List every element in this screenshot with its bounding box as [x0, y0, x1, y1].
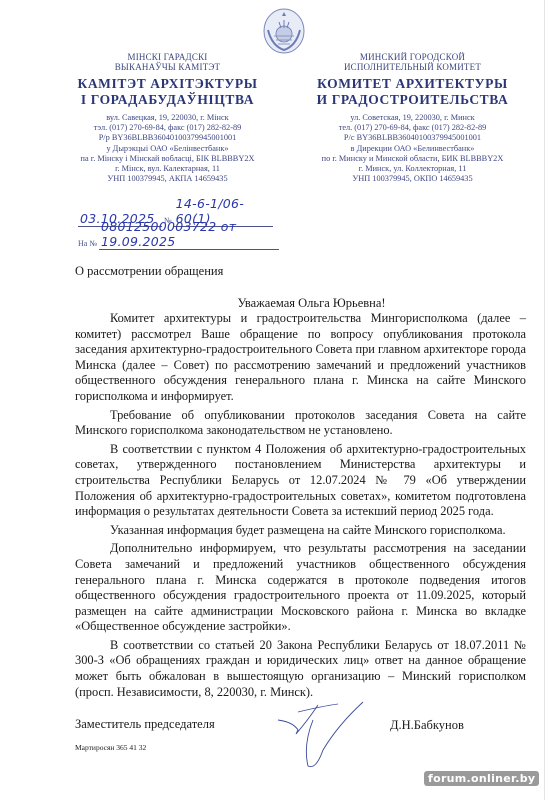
belarus-coat-of-arms-icon — [262, 6, 306, 56]
body-paragraph: Требование об опубликовании протоколов з… — [75, 408, 526, 439]
body-paragraph: Указанная информация будет размещена на … — [75, 523, 526, 539]
body-paragraph: Дополнительно информируем, что результат… — [75, 541, 526, 635]
in-reply-label: На № — [78, 239, 97, 248]
page-edge — [544, 0, 545, 800]
body-paragraph: Комитет архитектуры и градостроительства… — [75, 311, 526, 405]
org-title: КОМИТЕТ АРХИТЕКТУРЫ И ГРАДОСТРОИТЕЛЬСТВА — [305, 76, 520, 108]
watermark: forum.onliner.by — [424, 771, 539, 786]
address-line: ул. Советская, 19, 220030, г. Минск — [305, 113, 520, 123]
address-line: па г. Мінску і Мінскай вобласці, БІК BLB… — [70, 154, 265, 164]
org-title-line: КОМИТЕТ АРХИТЕКТУРЫ — [305, 76, 520, 92]
address-line: г. Мінск, вул. Калектарная, 11 — [70, 164, 265, 174]
org-small-line: МІНСКІ ГАРАДСКІ — [70, 52, 265, 62]
handwritten-signature-icon — [268, 700, 378, 770]
org-title-line: І ГОРАДАБУДАЎНІЦТВА — [70, 92, 265, 108]
executor-contact: Мартиросян 365 41 32 — [75, 743, 146, 752]
org-address: ул. Советская, 19, 220030, г. Минск тел.… — [305, 113, 520, 184]
letter-subject: О рассмотрении обращения — [75, 264, 223, 279]
org-small-line: МИНСКИЙ ГОРОДСКОЙ — [305, 52, 520, 62]
address-line: УНП 100379945, АКПА 14659435 — [70, 174, 265, 184]
address-line: г. Минск, ул. Коллекторная, 11 — [305, 164, 520, 174]
signer-title: Заместитель председателя — [75, 717, 215, 732]
address-line: вул. Савецкая, 19, 220030, г. Мінск — [70, 113, 265, 123]
letterhead-belarusian: МІНСКІ ГАРАДСКІ ВЫКАНАЎЧЫ КАМІТЭТ КАМІТЭ… — [70, 52, 265, 184]
org-title: КАМІТЭТ АРХІТЭКТУРЫ І ГОРАДАБУДАЎНІЦТВА — [70, 76, 265, 108]
in-reply-number-field: 08012500003722 от 19.09.2025 — [99, 219, 279, 250]
body-paragraph: В соответствии с пунктом 4 Положения об … — [75, 442, 526, 520]
signer-name: Д.Н.Бабкунов — [390, 718, 464, 733]
in-reply-number: 08012500003722 — [101, 219, 217, 234]
org-small-line: ВЫКАНАЎЧЫ КАМІТЭТ — [70, 62, 265, 72]
address-line: в Дирекции ОАО «Белинвестбанк» — [305, 144, 520, 154]
body-paragraph: В соответствии со статьей 20 Закона Респ… — [75, 638, 526, 700]
address-line: у Дырэкцыі ОАО «Белінвестбанк» — [70, 144, 265, 154]
incoming-reference: На № 08012500003722 от 19.09.2025 — [78, 219, 279, 250]
letterhead-russian: МИНСКИЙ ГОРОДСКОЙ ИСПОЛНИТЕЛЬНЫЙ КОМИТЕТ… — [305, 52, 520, 184]
address-line: тэл. (017) 270-69-84, факс (017) 282-82-… — [70, 123, 265, 133]
address-line: тел. (017) 270-69-84, факс (017) 282-82-… — [305, 123, 520, 133]
in-reply-date: 19.09.2025 — [101, 234, 176, 249]
in-reply-from-label: от — [221, 219, 237, 234]
org-title-line: КАМІТЭТ АРХІТЭКТУРЫ — [70, 76, 265, 92]
org-title-line: И ГРАДОСТРОИТЕЛЬСТВА — [305, 92, 520, 108]
address-line: УНП 100379945, ОКПО 14659435 — [305, 174, 520, 184]
letter-body: Комитет архитектуры и градостроительства… — [75, 311, 526, 703]
letter-greeting: Уважаемая Ольга Юрьевна! — [0, 296, 553, 311]
address-line: по г. Минску и Минской области, БИК BLBB… — [305, 154, 520, 164]
address-line: Р/с BY36BLBB36040100379945001001 — [305, 133, 520, 143]
org-small-line: ИСПОЛНИТЕЛЬНЫЙ КОМИТЕТ — [305, 62, 520, 72]
address-line: Р/р BY36BLBB36040100379945001001 — [70, 133, 265, 143]
org-address: вул. Савецкая, 19, 220030, г. Мінск тэл.… — [70, 113, 265, 184]
